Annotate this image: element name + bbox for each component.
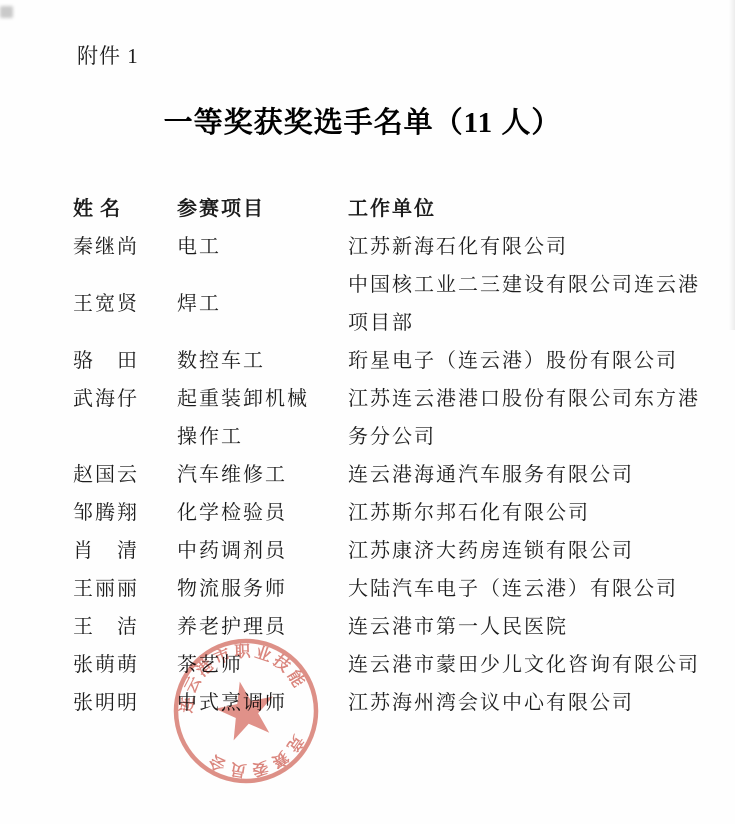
winner-name: 骆 田	[73, 342, 177, 380]
table-row: 邹腾翔 化学检验员 江苏斯尔邦石化有限公司	[73, 494, 715, 532]
competition-event: 中式烹调师	[177, 684, 348, 722]
column-header-workunit: 工作单位	[348, 190, 708, 228]
winner-name: 王丽丽	[73, 570, 177, 608]
competition-event: 数控车工	[177, 342, 348, 380]
competition-event: 中药调剂员	[177, 532, 348, 570]
work-unit: 江苏康济大药房连锁有限公司	[348, 532, 708, 570]
table-row: 张萌萌 茶艺师 连云港市蒙田少儿文化咨询有限公司	[73, 646, 715, 684]
work-unit: 连云港海通汽车服务有限公司	[348, 456, 708, 494]
work-unit: 连云港市蒙田少儿文化咨询有限公司	[348, 646, 708, 684]
attachment-label: 附件 1	[77, 40, 139, 70]
winners-table: 姓名 参赛项目 工作单位 秦继尚 电工 江苏新海石化有限公司 王宽贤 焊工 中国…	[73, 190, 715, 722]
work-unit: 连云港市第一人民医院	[348, 608, 708, 646]
work-unit: 珩星电子（连云港）股份有限公司	[348, 342, 708, 380]
table-row: 张明明 中式烹调师 江苏海州湾会议中心有限公司	[73, 684, 715, 722]
competition-event: 养老护理员	[177, 608, 348, 646]
table-row: 王丽丽 物流服务师 大陆汽车电子（连云港）有限公司	[73, 570, 715, 608]
competition-event: 焊工	[177, 285, 348, 323]
column-header-event: 参赛项目	[177, 190, 348, 228]
winner-name: 秦继尚	[73, 228, 177, 266]
scan-artifact-edge	[729, 0, 735, 330]
table-body: 秦继尚 电工 江苏新海石化有限公司 王宽贤 焊工 中国核工业二三建设有限公司连云…	[73, 228, 715, 722]
table-row: 王宽贤 焊工 中国核工业二三建设有限公司连云港项目部	[73, 266, 715, 342]
table-row: 王 洁 养老护理员 连云港市第一人民医院	[73, 608, 715, 646]
winner-name: 王宽贤	[73, 285, 177, 323]
winner-name: 赵国云	[73, 456, 177, 494]
work-unit: 江苏连云港港口股份有限公司东方港务分公司	[348, 380, 708, 456]
table-row: 赵国云 汽车维修工 连云港海通汽车服务有限公司	[73, 456, 715, 494]
document-page: 附件 1 一等奖获奖选手名单（11 人） 姓名 参赛项目 工作单位 秦继尚 电工…	[0, 0, 735, 824]
competition-event: 汽车维修工	[177, 456, 348, 494]
table-row: 肖 清 中药调剂员 江苏康济大药房连锁有限公司	[73, 532, 715, 570]
column-header-name: 姓名	[73, 190, 177, 228]
winner-name: 张萌萌	[73, 646, 177, 684]
table-row: 武海仔 起重装卸机械操作工 江苏连云港港口股份有限公司东方港务分公司	[73, 380, 715, 456]
table-row: 骆 田 数控车工 珩星电子（连云港）股份有限公司	[73, 342, 715, 380]
scan-artifact-corner	[0, 6, 13, 18]
winner-name: 肖 清	[73, 532, 177, 570]
seal-bottom-text: 竞赛委员会	[199, 729, 313, 790]
table-header-row: 姓名 参赛项目 工作单位	[73, 190, 715, 228]
page-title: 一等奖获奖选手名单（11 人）	[0, 100, 725, 141]
competition-event: 电工	[177, 228, 348, 266]
competition-event: 物流服务师	[177, 570, 348, 608]
winner-name: 武海仔	[73, 380, 177, 418]
winner-name: 邹腾翔	[73, 494, 177, 532]
work-unit: 江苏新海石化有限公司	[348, 228, 708, 266]
competition-event: 茶艺师	[177, 646, 348, 684]
work-unit: 江苏海州湾会议中心有限公司	[348, 684, 708, 722]
competition-event: 起重装卸机械操作工	[177, 380, 348, 456]
winner-name: 张明明	[73, 684, 177, 722]
work-unit: 中国核工业二三建设有限公司连云港项目部	[348, 266, 708, 342]
work-unit: 江苏斯尔邦石化有限公司	[348, 494, 708, 532]
work-unit: 大陆汽车电子（连云港）有限公司	[348, 570, 708, 608]
competition-event: 化学检验员	[177, 494, 348, 532]
winner-name: 王 洁	[73, 608, 177, 646]
table-row: 秦继尚 电工 江苏新海石化有限公司	[73, 228, 715, 266]
